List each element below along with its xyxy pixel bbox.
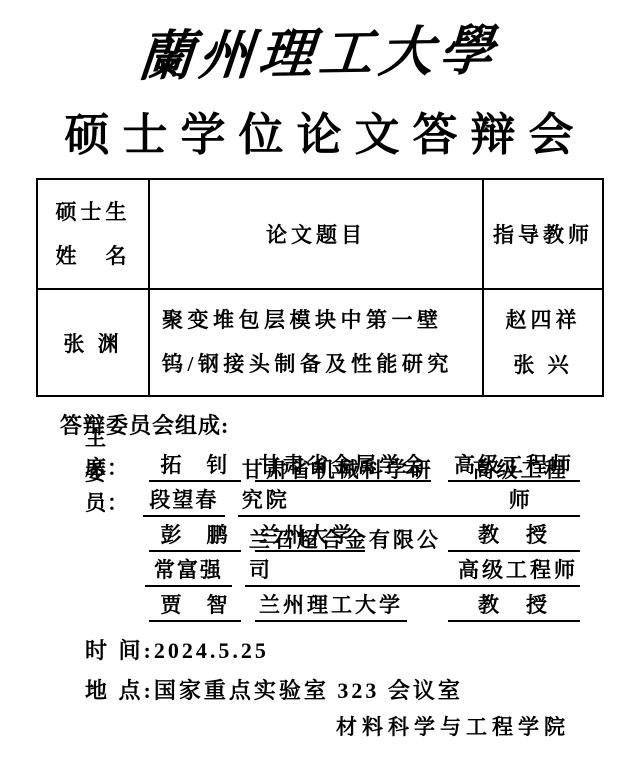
time-line: 时 间:2024.5.25 (85, 636, 638, 666)
cell-thesis-title: 聚变堆包层模块中第一壁钨/钢接头制备及性能研究 (149, 289, 483, 396)
header-supervisor: 指导教师 (483, 179, 603, 289)
committee-row-member: 贾 智 兰州理工大学 教 授 (85, 587, 638, 622)
member-title: 高级工程师 (461, 454, 580, 517)
cell-supervisors: 赵四祥 张 兴 (483, 289, 603, 396)
header-thesis-title: 论文题目 (149, 179, 483, 289)
table-header-row: 硕士生 姓 名 论文题目 指导教师 (37, 179, 603, 289)
member-name: 段望春 (143, 484, 226, 517)
member-role: 委员： (85, 457, 143, 517)
committee-list: 主席： 拓 钊 甘肃省金属学会 高级工程师 委员： 段望春 甘肃省机械科学研究院… (85, 447, 638, 622)
member-name: 常富强 (145, 554, 232, 587)
university-logo: 蘭州理工大學 (0, 12, 638, 96)
location-line: 地 点:国家重点实验室 323 会议室 (85, 676, 638, 706)
member-org: 兰石超合金有限公司 (245, 524, 456, 587)
header-student-line1: 硕士生 (46, 190, 140, 234)
member-org: 兰州理工大学 (255, 589, 407, 622)
announcement-page: 蘭州理工大學 硕士学位论文答辩会 硕士生 姓 名 论文题目 指导教师 张 渊 聚… (0, 0, 638, 761)
member-title: 高级工程师 (456, 554, 580, 587)
member-title: 教 授 (448, 519, 580, 552)
supervisor-name-1: 赵四祥 (492, 298, 594, 342)
supervisor-name-2: 张 兴 (492, 343, 594, 387)
member-name: 彭 鹏 (149, 519, 241, 552)
header-student-line2: 姓 名 (46, 234, 140, 278)
header-student-name: 硕士生 姓 名 (37, 179, 149, 289)
university-logo-text: 蘭州理工大學 (135, 9, 503, 99)
department-signature: 材料科学与工程学院 (0, 712, 570, 742)
committee-row-member: 常富强 兰石超合金有限公司 高级工程师 (85, 552, 638, 587)
member-name: 贾 智 (149, 589, 241, 622)
defense-info-table: 硕士生 姓 名 论文题目 指导教师 张 渊 聚变堆包层模块中第一壁钨/钢接头制备… (36, 178, 604, 397)
committee-row-member: 委员： 段望春 甘肃省机械科学研究院 高级工程师 (85, 482, 638, 517)
table-data-row: 张 渊 聚变堆包层模块中第一壁钨/钢接头制备及性能研究 赵四祥 张 兴 (37, 289, 603, 396)
page-title: 硕士学位论文答辩会 (13, 102, 638, 168)
member-org: 甘肃省机械科学研究院 (238, 454, 462, 517)
member-title: 教 授 (448, 589, 580, 622)
cell-student-name: 张 渊 (37, 289, 149, 396)
member-name: 拓 钊 (149, 449, 241, 482)
